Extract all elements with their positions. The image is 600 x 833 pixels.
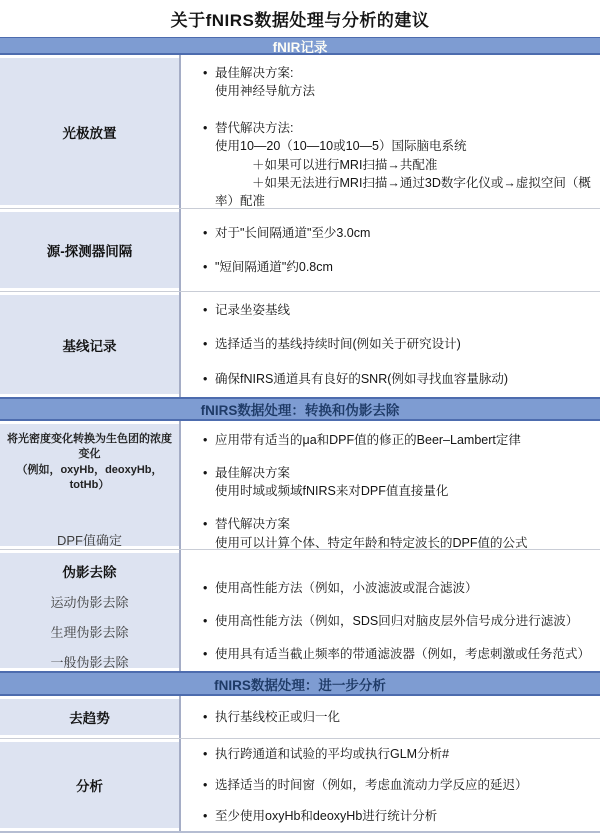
bullet-line: ＋如果可以进行MRI扫描→共配准 xyxy=(203,156,596,174)
bullet-item: •使用高性能方法（例如，SDS回归对脑皮层外信号成分进行滤波） xyxy=(203,612,596,630)
bullet-item: •最佳解决方案:使用神经导航方法 xyxy=(203,64,596,100)
bullet-icon: • xyxy=(203,431,215,449)
page-title: 关于fNIRS数据处理与分析的建议 xyxy=(0,0,600,37)
row-label-group: 伪影去除运动伪影去除生理伪影去除一般伪影去除 xyxy=(0,553,179,668)
bullet-item: •应用带有适当的μa和DPF值的修正的Beer–Lambert定律 xyxy=(203,431,596,449)
bullet-line: •最佳解决方案: xyxy=(203,64,596,82)
section-header: fNIRS数据处理：转换和伪影去除 xyxy=(0,397,600,421)
table-row: 分析•执行跨通道和试验的平均或执行GLM分析#•选择适当的时间窗（例如，考虑血流… xyxy=(0,738,600,831)
bullet-item: •确保fNIRS通道具有良好的SNR(例如寻找血容量脉动) xyxy=(203,370,596,388)
bullet-text: 使用高性能方法（例如，SDS回归对脑皮层外信号成分进行滤波） xyxy=(215,614,578,628)
bullet-line: •替代解决方案 xyxy=(203,515,596,533)
bullet-text: 使用10—20（10—10或10—5）国际脑电系统 xyxy=(215,139,466,153)
row-label: 去趋势 xyxy=(69,707,110,727)
row-label-cell: 光极放置 xyxy=(0,55,181,208)
row-label-cell: 伪影去除运动伪影去除生理伪影去除一般伪影去除 xyxy=(0,550,181,671)
row-content-cell: •对于"长间隔通道"至少3.0cm•"短间隔通道"约0.8cm xyxy=(181,209,600,291)
bullet-icon: • xyxy=(203,301,215,319)
bullet-text: 使用具有适当截止频率的带通滤波器（例如，考虑刺激或任务范式） xyxy=(215,647,590,661)
bullet-line: •记录坐姿基线 xyxy=(203,301,596,319)
row-label: 生理伪影去除 xyxy=(50,622,128,641)
bullet-text: 执行跨通道和试验的平均或执行GLM分析# xyxy=(215,747,449,761)
bullet-text: 确保fNIRS通道具有良好的SNR(例如寻找血容量脉动) xyxy=(215,372,508,386)
bullet-item: •执行跨通道和试验的平均或执行GLM分析# xyxy=(203,745,596,763)
bullet-item: •至少使用oxyHb和deoxyHb进行统计分析 xyxy=(203,807,596,825)
bullet-text: 选择适当的基线持续时间(例如关于研究设计) xyxy=(215,337,461,351)
bullet-item: •替代解决方法:使用10—20（10—10或10—5）国际脑电系统＋如果可以进行… xyxy=(203,119,596,210)
row-label-group: 基线记录 xyxy=(0,295,179,394)
bullet-text: 至少使用oxyHb和deoxyHb进行统计分析 xyxy=(215,809,437,823)
bullet-line: •执行基线校正或归一化 xyxy=(203,708,596,726)
table-row: 去趋势•执行基线校正或归一化 xyxy=(0,696,600,738)
row-label: DPF值确定 xyxy=(57,530,122,549)
bullet-line: •使用高性能方法（例如，SDS回归对脑皮层外信号成分进行滤波） xyxy=(203,612,596,630)
row-label-cell: 将光密度变化转换为生色团的浓度变化（例如，oxyHb，deoxyHb，totHb… xyxy=(0,421,181,549)
bullet-item: •选择适当的时间窗（例如，考虑血流动力学反应的延迟） xyxy=(203,776,596,794)
bullet-icon: • xyxy=(203,708,215,726)
bullet-line: •选择适当的时间窗（例如，考虑血流动力学反应的延迟） xyxy=(203,776,596,794)
row-label-group: 分析 xyxy=(0,742,179,828)
bullet-icon: • xyxy=(203,645,215,663)
bullet-line: ＋如果无法进行MRI扫描→通过3D数字化仪或→虚拟空间（概率）配准 xyxy=(203,174,596,210)
row-label-group: 去趋势 xyxy=(0,699,179,735)
bullet-item: •"短间隔通道"约0.8cm xyxy=(203,258,596,276)
bullet-icon: • xyxy=(203,745,215,763)
bullet-line: •执行跨通道和试验的平均或执行GLM分析# xyxy=(203,745,596,763)
bullet-item: •执行基线校正或归一化 xyxy=(203,708,596,726)
bullet-line: 使用10—20（10—10或10—5）国际脑电系统 xyxy=(203,137,596,155)
table-row: 将光密度变化转换为生色团的浓度变化（例如，oxyHb，deoxyHb，totHb… xyxy=(0,421,600,549)
bullet-text: 替代解决方法: xyxy=(215,121,293,135)
row-label: 源-探测器间隔 xyxy=(47,240,133,260)
bullet-text: 使用高性能方法（例如，小波滤波或混合滤波） xyxy=(215,581,478,595)
bullet-line: •应用带有适当的μa和DPF值的修正的Beer–Lambert定律 xyxy=(203,431,596,449)
row-label-group: 将光密度变化转换为生色团的浓度变化（例如，oxyHb，deoxyHb，totHb… xyxy=(0,424,179,546)
bullet-line: 使用时域或频域fNIRS来对DPF值直接量化 xyxy=(203,482,596,500)
bullet-text: 使用可以计算个体、特定年龄和特定波长的DPF值的公式 xyxy=(215,536,528,550)
row-label: 伪影去除 xyxy=(63,561,117,581)
bullet-line: •替代解决方法: xyxy=(203,119,596,137)
bullet-line: •对于"长间隔通道"至少3.0cm xyxy=(203,224,596,242)
bullet-icon: • xyxy=(203,515,215,533)
bullet-icon: • xyxy=(203,64,215,82)
row-label: 光极放置 xyxy=(63,122,117,142)
bullet-icon: • xyxy=(203,119,215,137)
row-label: 分析 xyxy=(76,775,103,795)
bullet-item: •替代解决方案使用可以计算个体、特定年龄和特定波长的DPF值的公式 xyxy=(203,515,596,551)
row-label: （例如，oxyHb，deoxyHb，totHb） xyxy=(4,463,175,494)
section-header: fNIR记录 xyxy=(0,37,600,55)
row-label: 一般伪影去除 xyxy=(50,652,128,671)
bullet-item: •使用高性能方法（例如，小波滤波或混合滤波） xyxy=(203,579,596,597)
bullet-text: 最佳解决方案 xyxy=(215,466,290,480)
bullet-text: 应用带有适当的μa和DPF值的修正的Beer–Lambert定律 xyxy=(215,433,521,447)
table-row: 源-探测器间隔•对于"长间隔通道"至少3.0cm•"短间隔通道"约0.8cm xyxy=(0,208,600,291)
bullet-icon: • xyxy=(203,464,215,482)
section-header: fNIRS数据处理：进一步分析 xyxy=(0,671,600,696)
bullet-icon: • xyxy=(203,224,215,242)
bullet-icon: • xyxy=(203,776,215,794)
bullet-text: "短间隔通道"约0.8cm xyxy=(215,260,333,274)
row-label: 运动伪影去除 xyxy=(50,592,128,611)
bullet-line: •至少使用oxyHb和deoxyHb进行统计分析 xyxy=(203,807,596,825)
bullet-icon: • xyxy=(203,579,215,597)
row-label-cell: 基线记录 xyxy=(0,292,181,397)
row-label-cell: 分析 xyxy=(0,739,181,831)
row-content-cell: •执行跨通道和试验的平均或执行GLM分析#•选择适当的时间窗（例如，考虑血流动力… xyxy=(181,739,600,831)
table-row: 伪影去除运动伪影去除生理伪影去除一般伪影去除•使用高性能方法（例如，小波滤波或混… xyxy=(0,549,600,671)
bullet-text: ＋如果可以进行MRI扫描→共配准 xyxy=(252,158,437,172)
row-content-cell: •应用带有适当的μa和DPF值的修正的Beer–Lambert定律•最佳解决方案… xyxy=(181,421,600,549)
bullet-line: •"短间隔通道"约0.8cm xyxy=(203,258,596,276)
bullet-text: 选择适当的时间窗（例如，考虑血流动力学反应的延迟） xyxy=(215,778,528,792)
bullet-text: 使用神经导航方法 xyxy=(215,84,315,98)
bullet-text: ＋如果无法进行MRI扫描→通过3D数字化仪或→虚拟空间（概率）配准 xyxy=(215,176,591,208)
bullet-text: 记录坐姿基线 xyxy=(215,303,290,317)
bullet-item: •使用具有适当截止频率的带通滤波器（例如，考虑刺激或任务范式） xyxy=(203,645,596,663)
bullet-icon: • xyxy=(203,370,215,388)
row-label: 基线记录 xyxy=(63,335,117,355)
bullet-line: •最佳解决方案 xyxy=(203,464,596,482)
bullet-text: 最佳解决方案: xyxy=(215,66,293,80)
bullet-item: •选择适当的基线持续时间(例如关于研究设计) xyxy=(203,335,596,353)
bullet-item: •记录坐姿基线 xyxy=(203,301,596,319)
row-content-cell: •记录坐姿基线•选择适当的基线持续时间(例如关于研究设计)•确保fNIRS通道具… xyxy=(181,292,600,397)
fnirs-recommendations-table: 关于fNIRS数据处理与分析的建议 fNIR记录光极放置•最佳解决方案:使用神经… xyxy=(0,0,600,833)
bullet-line: •选择适当的基线持续时间(例如关于研究设计) xyxy=(203,335,596,353)
bullet-line: 使用神经导航方法 xyxy=(203,82,596,100)
bullet-icon: • xyxy=(203,612,215,630)
row-content-cell: •最佳解决方案:使用神经导航方法•替代解决方法:使用10—20（10—10或10… xyxy=(181,55,600,208)
row-content-cell: •执行基线校正或归一化 xyxy=(181,696,600,738)
bullet-line: •使用高性能方法（例如，小波滤波或混合滤波） xyxy=(203,579,596,597)
row-content-cell: •使用高性能方法（例如，小波滤波或混合滤波）•使用高性能方法（例如，SDS回归对… xyxy=(181,550,600,671)
bullet-icon: • xyxy=(203,807,215,825)
table-row: 光极放置•最佳解决方案:使用神经导航方法•替代解决方法:使用10—20（10—1… xyxy=(0,55,600,208)
row-label-cell: 源-探测器间隔 xyxy=(0,209,181,291)
bullet-text: 对于"长间隔通道"至少3.0cm xyxy=(215,226,370,240)
row-label-group: 源-探测器间隔 xyxy=(0,212,179,288)
bullet-text: 执行基线校正或归一化 xyxy=(215,710,340,724)
bullet-icon: • xyxy=(203,335,215,353)
bullet-icon: • xyxy=(203,258,215,276)
row-label-cell: 去趋势 xyxy=(0,696,181,738)
bullet-text: 使用时域或频域fNIRS来对DPF值直接量化 xyxy=(215,484,448,498)
table-body: fNIR记录光极放置•最佳解决方案:使用神经导航方法•替代解决方法:使用10—2… xyxy=(0,37,600,831)
bullet-item: •最佳解决方案使用时域或频域fNIRS来对DPF值直接量化 xyxy=(203,464,596,500)
row-label-group: 光极放置 xyxy=(0,58,179,205)
table-row: 基线记录•记录坐姿基线•选择适当的基线持续时间(例如关于研究设计)•确保fNIR… xyxy=(0,291,600,397)
bullet-line: •确保fNIRS通道具有良好的SNR(例如寻找血容量脉动) xyxy=(203,370,596,388)
row-label: 将光密度变化转换为生色团的浓度变化 xyxy=(4,432,175,463)
bullet-item: •对于"长间隔通道"至少3.0cm xyxy=(203,224,596,242)
bullet-text: 替代解决方案 xyxy=(215,517,290,531)
bullet-line: •使用具有适当截止频率的带通滤波器（例如，考虑刺激或任务范式） xyxy=(203,645,596,663)
